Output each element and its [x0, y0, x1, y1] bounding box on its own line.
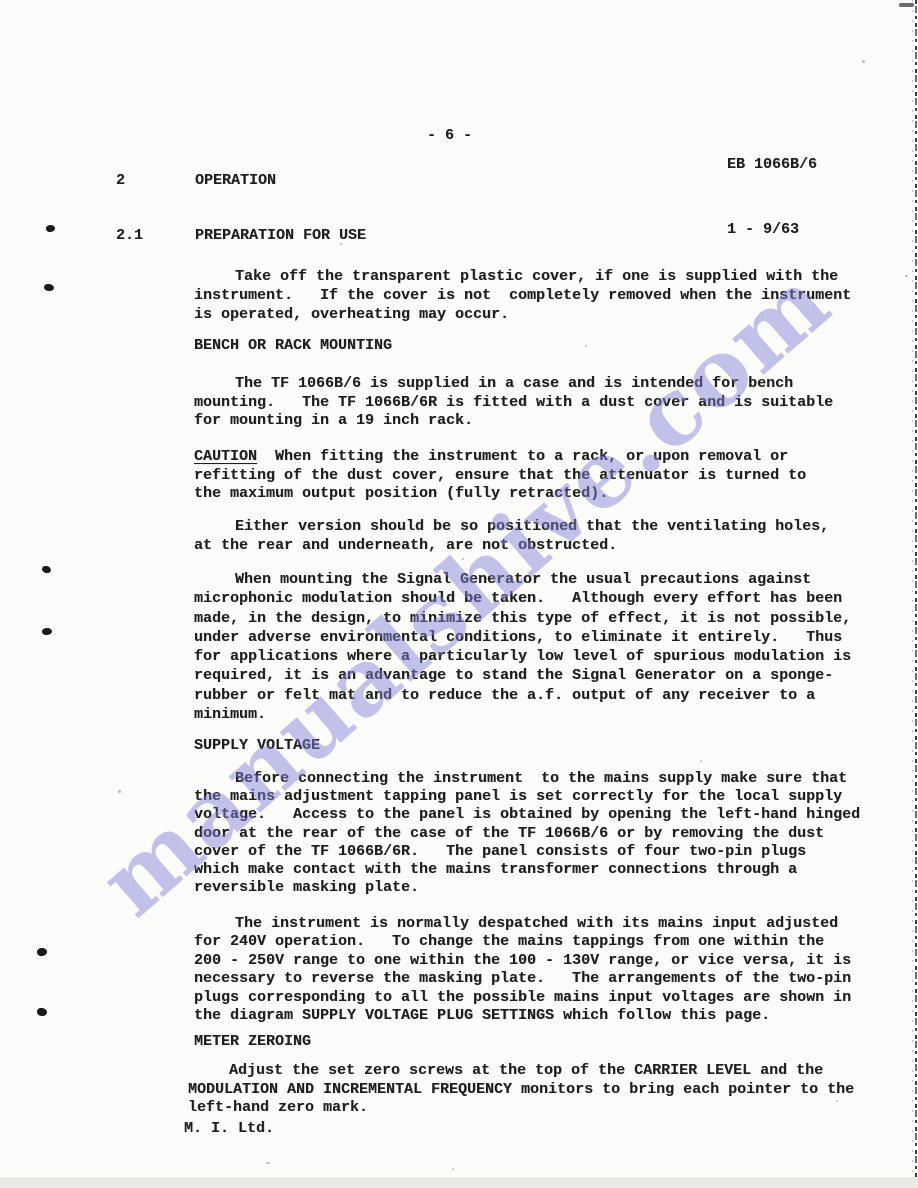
scan-speck [118, 790, 121, 793]
section-operation-number: 2 [116, 172, 195, 189]
text-line: the mains adjustment tapping panel is se… [194, 788, 860, 806]
text-line: is operated, overheating may occur. [194, 305, 851, 324]
doc-reference: EB 1066B/6 1 - 9/63 [727, 111, 817, 283]
text-line: reversible masking plate. [194, 879, 860, 897]
page-number: - 6 - [427, 127, 472, 144]
scan-speck [905, 275, 908, 277]
text-line: refitting of the dust cover, ensure that… [194, 467, 806, 486]
text-line: which make contact with the mains transf… [194, 861, 860, 879]
para-supply-voltage: Before connecting the instrument to the … [194, 770, 860, 897]
text-line: The instrument is normally despatched wi… [194, 915, 851, 933]
text-line: Adjust the set zero screws at the top of… [188, 1062, 854, 1081]
text-line: left-hand zero mark. [188, 1099, 854, 1118]
section-preparation-for-use-number: 2.1 [116, 227, 195, 244]
scan-edge-markings [911, 0, 918, 1188]
margin-blot [41, 565, 51, 574]
footer-imprint: M. I. Ltd. [184, 1120, 274, 1137]
scan-speck [862, 60, 865, 63]
scan-speck [462, 558, 464, 560]
para-caution: CAUTION When fitting the instrument to a… [194, 448, 806, 504]
text-line: door at the rear of the case of the TF 1… [194, 825, 860, 843]
text-line: rubber or felt mat and to reduce the a.f… [194, 686, 851, 705]
scan-speck [836, 1100, 838, 1102]
text-line: Take off the transparent plastic cover, … [194, 267, 851, 286]
scan-speck [452, 1168, 454, 1170]
para-meter-zeroing: Adjust the set zero screws at the top of… [188, 1062, 854, 1118]
section-preparation-for-use: 2.1PREPARATION FOR USE [116, 227, 366, 244]
para-plastic-cover: Take off the transparent plastic cover, … [194, 267, 851, 324]
text-line: the maximum output position (fully retra… [194, 485, 806, 504]
text-line: Either version should be so positioned t… [194, 517, 829, 536]
text-line: for mounting in a 19 inch rack. [194, 412, 833, 431]
text-line: necessary to reverse the masking plate. … [194, 970, 851, 988]
heading-bench-or-rack-mounting: BENCH OR RACK MOUNTING [194, 337, 392, 354]
para-microphonic-modulation: When mounting the Signal Generator the u… [194, 570, 851, 724]
text-line: for applications where a particularly lo… [194, 647, 851, 666]
scanned-manual-page: - 6 - EB 1066B/6 1 - 9/63 2OPERATION2.1P… [0, 0, 918, 1188]
heading-meter-zeroing: METER ZEROING [194, 1033, 311, 1050]
para-mains-tappings: The instrument is normally despatched wi… [194, 915, 851, 1025]
text-line: mounting. The TF 1066B/6R is fitted with… [194, 394, 833, 413]
text-line: When mounting the Signal Generator the u… [194, 570, 851, 589]
text-line: microphonic modulation should be taken. … [194, 589, 851, 608]
text-line: MODULATION AND INCREMENTAL FREQUENCY mon… [188, 1081, 854, 1100]
scan-speck [340, 243, 342, 245]
text-line: at the rear and underneath, are not obst… [194, 536, 829, 555]
section-operation-title: OPERATION [195, 172, 276, 189]
text-line: 200 - 250V range to one within the 100 -… [194, 952, 851, 970]
text-line: instrument. If the cover is not complete… [194, 286, 851, 305]
text-line: The TF 1066B/6 is supplied in a case and… [194, 375, 833, 394]
para-bench-mounting: The TF 1066B/6 is supplied in a case and… [194, 375, 833, 431]
scan-speck [700, 760, 702, 762]
text-line: cover of the TF 1066B/6R. The panel cons… [194, 843, 860, 861]
section-operation: 2OPERATION [116, 172, 276, 189]
caution-label: CAUTION [194, 448, 257, 465]
text-line: required, it is an advantage to stand th… [194, 666, 851, 685]
margin-blot [42, 627, 53, 635]
para-ventilating-holes: Either version should be so positioned t… [194, 517, 829, 555]
scan-speck [266, 1162, 270, 1164]
doc-reference-code: EB 1066B/6 [727, 154, 817, 176]
text-line: made, in the design, to minimize this ty… [194, 609, 851, 628]
doc-reference-issue: 1 - 9/63 [727, 219, 817, 241]
margin-blot [46, 224, 56, 232]
margin-blot [36, 947, 47, 957]
margin-blot [37, 1007, 48, 1016]
text-line: minimum. [194, 705, 851, 724]
text-line: Before connecting the instrument to the … [194, 770, 860, 788]
text-line: under adverse environmental conditions, … [194, 628, 851, 647]
text-line: voltage. Access to the panel is obtained… [194, 806, 860, 824]
text-line: plugs corresponding to all the possible … [194, 989, 851, 1007]
text-line: for 240V operation. To change the mains … [194, 933, 851, 951]
scan-speck [585, 345, 587, 347]
section-preparation-for-use-title: PREPARATION FOR USE [195, 227, 366, 244]
heading-supply-voltage: SUPPLY VOLTAGE [194, 737, 320, 754]
text-line: CAUTION When fitting the instrument to a… [194, 448, 806, 467]
scan-corner-mark [899, 3, 914, 7]
scan-bottom-band [0, 1177, 918, 1188]
margin-blot [44, 284, 54, 292]
text-line: the diagram SUPPLY VOLTAGE PLUG SETTINGS… [194, 1007, 851, 1025]
